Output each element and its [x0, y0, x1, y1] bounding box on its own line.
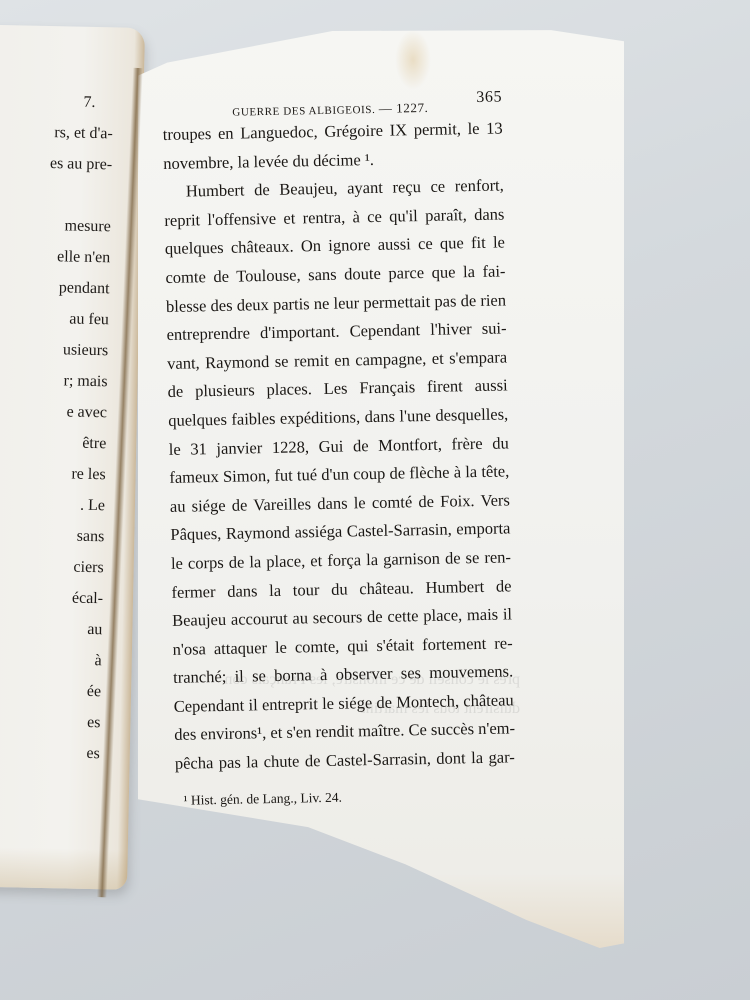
left-line: ciers: [0, 549, 104, 583]
left-line: au feu: [0, 301, 109, 335]
left-line: ée: [0, 673, 101, 707]
left-line: 7.: [0, 84, 114, 118]
left-line: au: [0, 611, 103, 645]
right-page-content: Guerre des Albigeois. — 1227. 365 troupe…: [162, 88, 516, 808]
foxing-stain: [395, 30, 431, 90]
page-number: 365: [476, 88, 502, 106]
left-line: pendant: [0, 270, 110, 304]
left-line: elle n'en: [0, 239, 111, 273]
left-line: es au pre-: [0, 146, 112, 180]
left-line: à: [0, 642, 102, 676]
left-line: rs, et d'a-: [0, 115, 113, 149]
book-photo: 7. rs, et d'a- es au pre- mesure elle n'…: [0, 0, 750, 1000]
left-line: usieurs: [0, 332, 109, 366]
chapter-year: — 1227.: [379, 100, 429, 116]
left-line: es: [0, 735, 100, 769]
left-line: es: [0, 704, 101, 738]
left-line: r; mais: [0, 363, 108, 397]
left-line: écal-: [0, 580, 103, 614]
left-line: [0, 177, 112, 211]
left-page-text: 7. rs, et d'a- es au pre- mesure elle n'…: [0, 84, 114, 769]
chapter-title: Guerre des Albigeois.: [232, 104, 375, 119]
body-text: troupes en Languedoc, Grégoire IX permit…: [162, 114, 515, 778]
left-line: re les: [0, 456, 106, 490]
left-line: sans: [0, 518, 105, 552]
text-line: pêcha pas la chute de Castel-Sarrasin, d…: [175, 743, 515, 778]
left-line: être: [0, 425, 107, 459]
left-line: mesure: [0, 208, 111, 242]
left-line: . Le: [0, 487, 105, 521]
left-line: e avec: [0, 394, 107, 428]
